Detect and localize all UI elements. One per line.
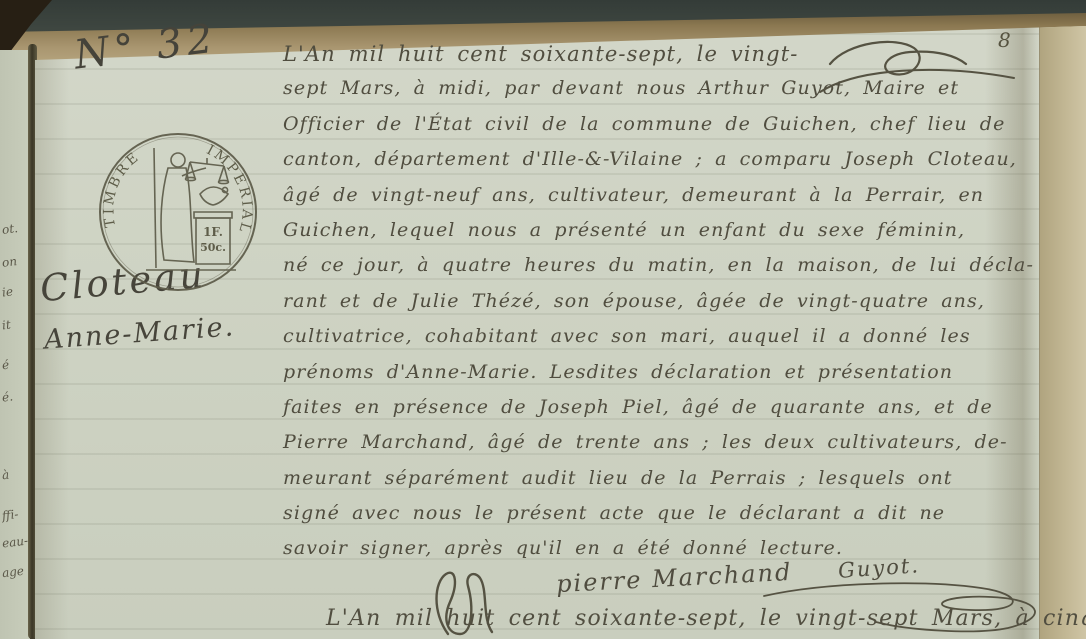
act-line: faites en présence de Joseph Piel, âgé d… bbox=[283, 396, 1047, 431]
act-line: signé avec nous le présent acte que le d… bbox=[283, 502, 1047, 537]
registry-scan: ot. on ie it é é. à ffi- eau- age N° 32 … bbox=[0, 0, 1086, 639]
margin-fragment: é. bbox=[1, 389, 14, 404]
act-line: né ce jour, à quatre heures du matin, en… bbox=[283, 254, 1047, 289]
margin-fragment: ot. bbox=[1, 221, 18, 237]
act-line: meurant séparément audit lieu de la Perr… bbox=[283, 467, 1047, 502]
svg-text:TIMBRE: TIMBRE bbox=[101, 148, 144, 228]
stamp-text-left: TIMBRE bbox=[101, 148, 144, 228]
margin-fragment: ie bbox=[1, 284, 14, 299]
ink-paraph-flourish-icon bbox=[818, 34, 1018, 106]
stamp-value-francs: 1F. bbox=[203, 225, 223, 239]
previous-page-edge: ot. on ie it é é. à ffi- eau- age bbox=[0, 50, 30, 639]
margin-fragment: é bbox=[1, 358, 10, 373]
act-body: L'An mil huit cent soixante-sept, le vin… bbox=[283, 42, 1047, 573]
act-line: rant et de Julie Thézé, son épouse, âgée… bbox=[283, 290, 1047, 325]
act-line: âgé de vingt-neuf ans, cultivateur, deme… bbox=[283, 184, 1047, 219]
margin-fragment: on bbox=[1, 254, 18, 270]
justice-figure-icon: 1F. 50c. bbox=[146, 148, 236, 270]
act-line: prénoms d'Anne-Marie. Lesdites déclarati… bbox=[283, 361, 1047, 396]
margin-fragment: ffi- bbox=[1, 507, 19, 523]
margin-fragment: à bbox=[1, 468, 10, 483]
act-line: Guichen, lequel nous a présenté un enfan… bbox=[283, 219, 1047, 254]
margin-fragment: it bbox=[1, 318, 11, 333]
act-line: Pierre Marchand, âgé de trente ans ; les… bbox=[283, 431, 1047, 466]
margin-fragment: age bbox=[1, 564, 24, 581]
margin-fragment: eau- bbox=[1, 533, 29, 550]
stamp-value-centimes: 50c. bbox=[200, 241, 226, 254]
act-line: cultivatrice, cohabitant avec son mari, … bbox=[283, 325, 1047, 360]
act-line: canton, département d'Ille-&-Vilaine ; a… bbox=[283, 148, 1047, 183]
act-line: Officier de l'État civil de la commune d… bbox=[283, 113, 1047, 148]
next-act-opening-line: L'An mil huit cent soixante-sept, le vin… bbox=[326, 606, 1086, 631]
timbre-imperial-stamp-icon: TIMBRE IMPERIAL 1F. 50c. bbox=[96, 130, 260, 294]
